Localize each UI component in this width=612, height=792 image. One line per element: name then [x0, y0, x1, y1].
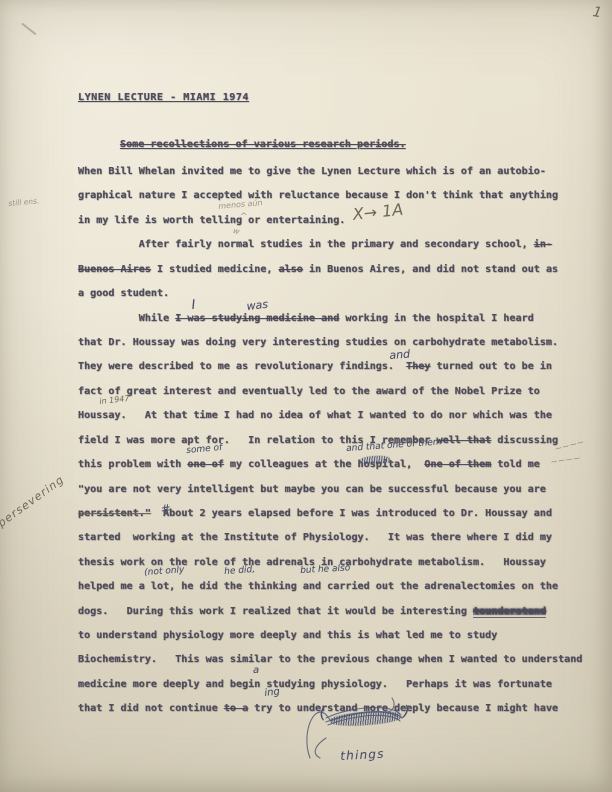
typed-text: turned out to be in: [430, 361, 552, 372]
insertion-menos-aun: menos aún: [218, 199, 263, 211]
typed-line: fact of great interest and eventually le…: [78, 386, 540, 399]
typed-line: started working at the Institute of Phys…: [78, 532, 552, 545]
struck-text: in-: [534, 239, 552, 250]
struck-text: Buenos Aires: [78, 264, 151, 275]
typed-text: medicine more deeply and begin studying …: [78, 679, 552, 690]
typed-line: a good student.: [78, 288, 169, 301]
typed-line: "you are not very intelligent but maybe …: [78, 484, 546, 497]
note-in-1947: in 1947: [99, 395, 130, 406]
typed-text: fact of great interest and eventually le…: [78, 386, 540, 397]
typed-text: started working at the Institute of Phys…: [78, 532, 552, 543]
typed-line: Houssay. At that time I had no idea of w…: [78, 410, 552, 423]
insert-not-only: (not only: [144, 566, 185, 578]
page-title: LYNEN LECTURE - MIAMI 1974: [78, 92, 249, 103]
typed-text: dogs. During this work I realized that i…: [78, 606, 473, 617]
typed-text: They were described to me as revolutiona…: [78, 361, 406, 372]
typed-line: helped me a lot, he did the thinking and…: [78, 581, 558, 594]
typed-line: Biochemistry. This was similar to the pr…: [78, 654, 582, 667]
small-mark: w: [232, 227, 240, 236]
paper-crease: [21, 23, 36, 36]
typed-text: a good student.: [78, 288, 169, 299]
caret-mark: ^: [240, 213, 248, 222]
typed-line: this problem with one of my colleagues a…: [78, 459, 540, 472]
insert-a: a: [253, 666, 259, 676]
typed-line: persistent." About 2 years elapsed befor…: [78, 508, 552, 521]
typed-text: my colleagues at the hospital,: [224, 459, 425, 470]
crossed-out-heading: Some recollections of various research p…: [120, 139, 406, 150]
typed-line: to understand physiology more deeply and…: [78, 630, 497, 643]
typed-line: They were described to me as revolutiona…: [78, 361, 552, 374]
struck-text: one of: [187, 459, 223, 470]
illegible-margin-note: ∼∼∼∼: [554, 439, 585, 455]
insert-but-he-also: but he also: [300, 564, 351, 576]
typed-line: medicine more deeply and begin studying …: [78, 679, 552, 692]
typed-line: dogs. During this work I realized that i…: [78, 606, 546, 619]
struck-text: to a: [224, 703, 248, 714]
insert-some-of: some of: [186, 444, 223, 456]
insert-i: I: [191, 299, 196, 312]
typed-text: working in the hospital I heard: [339, 313, 533, 324]
typed-line: field I was more apt for. In relation to…: [78, 435, 558, 448]
typed-text: About 2 years elapsed before I was intro…: [151, 508, 552, 519]
manuscript-page: LYNEN LECTURE - MIAMI 1974 Some recollec…: [0, 0, 612, 792]
struck-text: well that: [437, 435, 492, 446]
typed-line: that Dr. Houssay was doing very interest…: [78, 337, 558, 350]
typed-line: in my life is worth telling or entertain…: [78, 215, 345, 228]
typed-text: graphical nature I accepted with relucta…: [78, 190, 558, 201]
typed-text: Biochemistry. This was similar to the pr…: [78, 654, 582, 665]
struck-text: also: [279, 264, 303, 275]
typed-line: graphical nature I accepted with relucta…: [78, 190, 558, 203]
struck-text: One of them: [424, 459, 491, 470]
struck-text: They: [406, 361, 430, 372]
illegible-margin-note: ∼∼∼∼: [550, 455, 581, 468]
typed-text: this problem with: [78, 459, 187, 470]
struck-text: tounderstand: [473, 606, 546, 618]
typed-text: After fairly normal studies in the prima…: [78, 239, 534, 250]
typed-text: While: [78, 313, 175, 324]
margin-note-left: still ens.: [8, 197, 40, 207]
typed-text: helped me a lot, he did the thinking and…: [78, 581, 558, 592]
insertion-loop-scribble: [296, 694, 426, 779]
insert-and: and: [389, 349, 410, 361]
typed-text: that Dr. Houssay was doing very interest…: [78, 337, 558, 348]
margin-mark-1a: X→ 1A: [352, 202, 404, 223]
typed-text: "you are not very intelligent but maybe …: [78, 484, 546, 495]
typed-text: I studied medicine,: [151, 264, 279, 275]
typed-text: Houssay. At that time I had no idea of w…: [78, 410, 552, 421]
typed-text: in Buenos Aires, and did not stand out a…: [303, 264, 558, 275]
typed-text: When Bill Whelan invited me to give the …: [78, 166, 546, 177]
typed-text: to understand physiology more deeply and…: [78, 630, 497, 641]
typed-line: Buenos Aires I studied medicine, also in…: [78, 264, 558, 277]
typed-text: discussing: [491, 435, 558, 446]
typed-text: told me: [491, 459, 540, 470]
typed-text: that I did not continue: [78, 703, 224, 714]
struck-text: I was studying medicine and: [175, 313, 339, 324]
struck-text: persistent.": [78, 508, 151, 519]
insert-he-did: he did,: [224, 566, 255, 577]
insert-was: was: [246, 299, 269, 312]
typed-line: While I was studying medicine and workin…: [78, 313, 534, 326]
typed-line: After fairly normal studies in the prima…: [78, 239, 552, 252]
insert-ing: ing: [264, 687, 280, 699]
typed-line: When Bill Whelan invited me to give the …: [78, 166, 546, 179]
typed-text: in my life is worth telling or entertain…: [78, 215, 345, 226]
paragraph-mark: #: [160, 503, 172, 516]
margin-note-persevering: persevering: [0, 474, 66, 529]
page-number: 1: [592, 5, 603, 20]
